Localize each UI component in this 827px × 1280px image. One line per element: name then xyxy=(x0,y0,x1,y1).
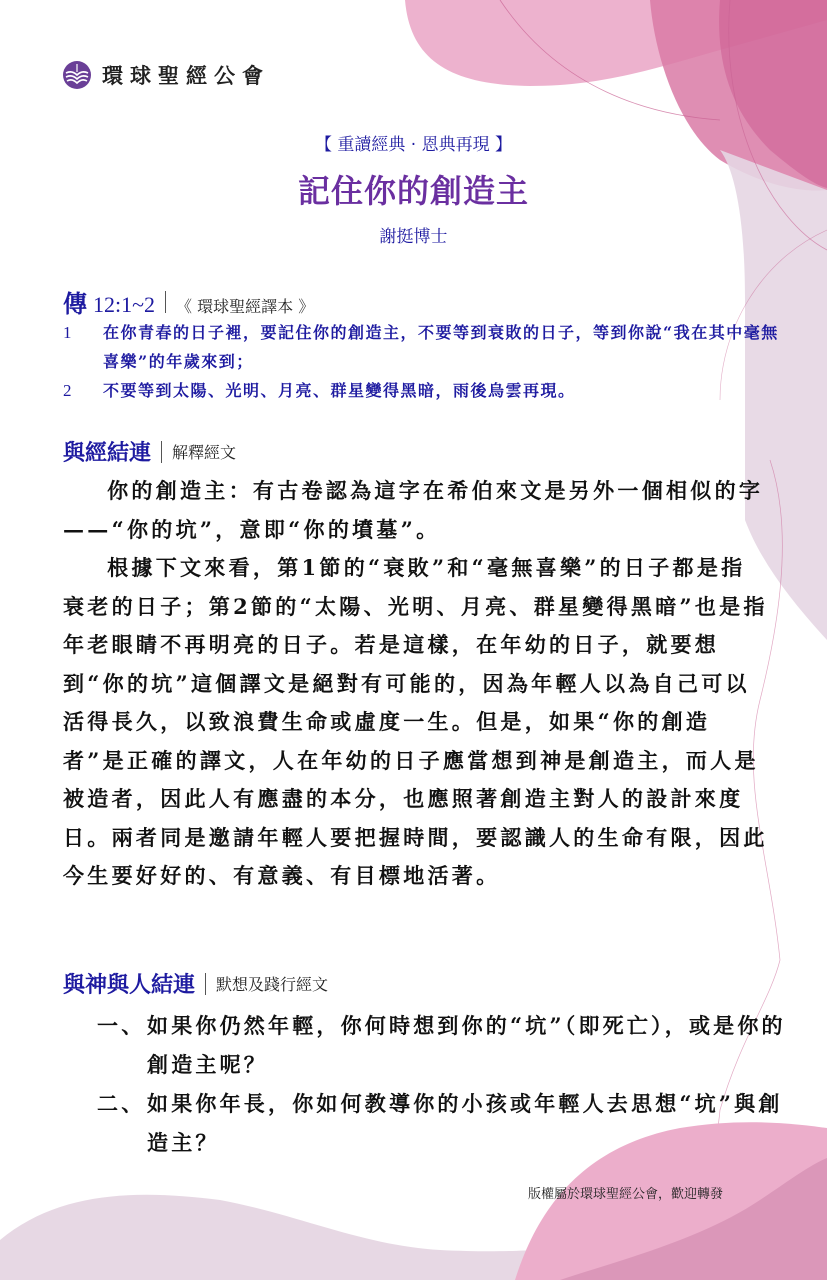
section-title: 與神與人結連 xyxy=(63,968,195,999)
scripture-reference: 傳 12:1~2 《 環球聖經譯本 》 xyxy=(63,284,314,319)
section-subtitle: 默想及踐行經文 xyxy=(216,972,328,995)
verse: 2 不要等到太陽、光明、月亮、群星變得黑暗，雨後烏雲再現。 xyxy=(63,376,783,405)
section-title: 與經結連 xyxy=(63,436,151,467)
section-heading-scripture: 與經結連 解釋經文 xyxy=(63,436,236,467)
verse-list: 1 在你青春的日子裡，要記住你的創造主，不要等到衰敗的日子，等到你說“我在其中毫… xyxy=(63,318,783,405)
verse-text: 不要等到太陽、光明、月亮、群星變得黑暗，雨後烏雲再現。 xyxy=(103,376,783,405)
question-number: 一、 xyxy=(97,1006,147,1084)
section-subtitle: 解釋經文 xyxy=(172,440,236,463)
copyright-notice: 版權屬於環球聖經公會，歡迎轉發 xyxy=(528,1183,723,1202)
divider xyxy=(205,973,206,995)
book-name: 傳 xyxy=(63,284,87,319)
verse-number: 1 xyxy=(63,318,103,376)
verse: 1 在你青春的日子裡，要記住你的創造主，不要等到衰敗的日子，等到你說“我在其中毫… xyxy=(63,318,783,376)
brand-name: 環球聖經公會 xyxy=(102,60,270,90)
question-text: 如果你年長，你如何教導你的小孩或年輕人去思想“坑”與創造主？ xyxy=(147,1084,787,1162)
divider xyxy=(161,441,162,463)
question-text: 如果你仍然年輕，你何時想到你的“坑”（即死亡），或是你的創造主呢？ xyxy=(147,1006,787,1084)
reflection-questions: 一、 如果你仍然年輕，你何時想到你的“坑”（即死亡），或是你的創造主呢？ 二、 … xyxy=(97,1006,787,1162)
section-heading-reflection: 與神與人結連 默想及踐行經文 xyxy=(63,968,328,999)
question-item: 二、 如果你年長，你如何教導你的小孩或年輕人去思想“坑”與創造主？ xyxy=(97,1084,787,1162)
paragraph: 根據下文來看，第1節的“衰敗”和“毫無喜樂”的日子都是指衰老的日子；第2節的“太… xyxy=(63,549,768,896)
verse-number: 2 xyxy=(63,376,103,405)
series-label: 【 重讀經典 · 恩典再現 】 xyxy=(0,130,827,155)
paragraph: 你的創造主：有古卷認為這字在希伯來文是另外一個相似的字——“你的坑”，意即“你的… xyxy=(63,472,768,549)
author: 謝挺博士 xyxy=(0,222,827,247)
commentary: 你的創造主：有古卷認為這字在希伯來文是另外一個相似的字——“你的坑”，意即“你的… xyxy=(63,472,768,896)
question-item: 一、 如果你仍然年輕，你何時想到你的“坑”（即死亡），或是你的創造主呢？ xyxy=(97,1006,787,1084)
verse-text: 在你青春的日子裡，要記住你的創造主，不要等到衰敗的日子，等到你說“我在其中毫無喜… xyxy=(103,318,783,376)
question-number: 二、 xyxy=(97,1084,147,1162)
divider xyxy=(165,291,166,313)
brand-logo: 環球聖經公會 xyxy=(62,60,270,90)
page-title: 記住你的創造主 xyxy=(0,166,827,212)
open-bible-icon xyxy=(62,60,92,90)
bible-version: 《 環球聖經譯本 》 xyxy=(176,294,314,317)
chapter-verses: 12:1~2 xyxy=(93,292,155,318)
